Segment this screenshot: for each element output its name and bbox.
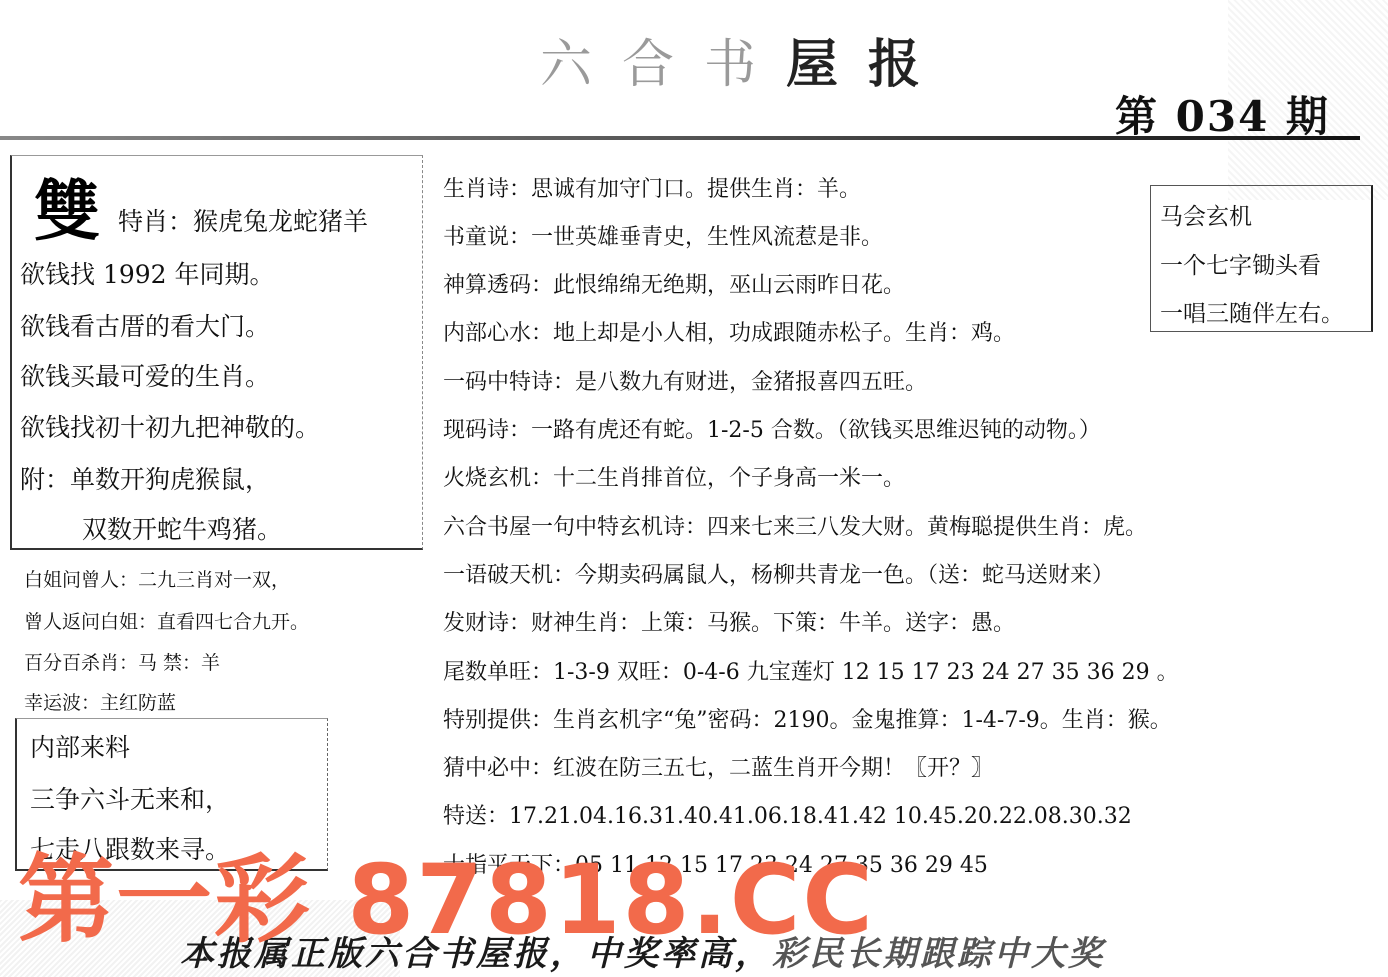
newspaper-title: 六合书屋报 — [540, 22, 950, 97]
main-line-fortune-poem: 发财诗：财神生肖：上策：马猴。下策：牛羊。送字：愚。 — [443, 606, 1015, 637]
horse-club-title: 马会玄机 — [1160, 198, 1252, 231]
double-character-logo: 雙 — [34, 158, 100, 253]
main-line-fire-mystery: 火烧玄机：十二生肖排首位，个子身高一米一。 — [443, 461, 905, 492]
internal-info-line: 三争六斗无来和， — [30, 780, 230, 816]
left-box-line: 欲钱找初十初九把神敬的。 — [20, 408, 320, 444]
horse-club-line: 一个七字锄头看 — [1160, 247, 1321, 280]
site-watermark: 第一彩 87818.CC — [18, 852, 875, 948]
left-small-line: 曾人返问白姐：直看四七合九开。 — [24, 607, 309, 634]
left-box-line: 附：单数开狗虎猴鼠， — [20, 460, 270, 496]
main-line-special-offer: 特别提供：生肖玄机字“兔”密码：2190。金鬼推算：1-4-7-9。生肖：猴。 — [443, 703, 1172, 734]
main-line-inside-tip: 内部心水：地上却是小人相，功成跟随赤松子。生肖：鸡。 — [443, 316, 1015, 347]
main-line-one-phrase: 一语破天机：今期卖码属鼠人，杨柳共青龙一色。（送：蛇马送财来） — [443, 558, 1114, 589]
left-small-line: 幸运波：主红防蓝 — [24, 688, 176, 715]
left-box-line: 双数开蛇牛鸡猪。 — [82, 510, 282, 546]
special-zodiac-line: 特肖：猴虎兔龙蛇猪羊 — [118, 202, 368, 238]
main-line-one-code-poem: 一码中特诗：是八数九有财进，金猪报喜四五旺。 — [443, 365, 927, 396]
main-line-book-boy: 书童说：一世英雄垂青史，生性风流惹是非。 — [443, 220, 883, 251]
left-box-line: 欲钱看古厝的看大门。 — [20, 307, 270, 343]
main-line-bookhouse-poem: 六合书屋一句中特玄机诗：四来七来三八发大财。黄梅聪提供生肖：虎。 — [443, 510, 1147, 541]
title-dark-part: 屋报 — [786, 35, 950, 95]
main-line-current-code: 现码诗：一路有虎还有蛇。1-2-5 合数。（欲钱买思维迟钝的动物。） — [443, 413, 1101, 444]
main-line-calculation: 神算透码：此恨绵绵无绝期，巫山云雨昨日花。 — [443, 268, 905, 299]
main-line-guess: 猜中必中：红波在防三五七，二蓝生肖开今期！〖开？〗 — [443, 751, 993, 782]
main-line-tail-numbers: 尾数单旺：1-3-9 双旺：0-4-6 九宝莲灯 12 15 17 23 24 … — [443, 655, 1179, 686]
left-box-line: 欲钱买最可爱的生肖。 — [20, 357, 270, 393]
header-divider — [0, 136, 1360, 140]
horse-club-line: 一唱三随伴左右。 — [1160, 295, 1344, 328]
internal-info-title: 内部来料 — [30, 728, 130, 764]
title-light-part: 六合书 — [540, 35, 786, 95]
main-line-zodiac-poem: 生肖诗：思诚有加守门口。提供生肖：羊。 — [443, 172, 861, 203]
left-box-line: 欲钱找 1992 年同期。 — [20, 255, 275, 291]
left-small-line: 百分百杀肖：马 禁：羊 — [24, 648, 220, 675]
main-line-special-send: 特送：17.21.04.16.31.40.41.06.18.41.42 10.4… — [443, 799, 1132, 830]
left-small-line: 白姐问曾人：二九三肖对一双， — [24, 565, 290, 592]
issue-number: 第 034 期 — [1115, 84, 1330, 144]
